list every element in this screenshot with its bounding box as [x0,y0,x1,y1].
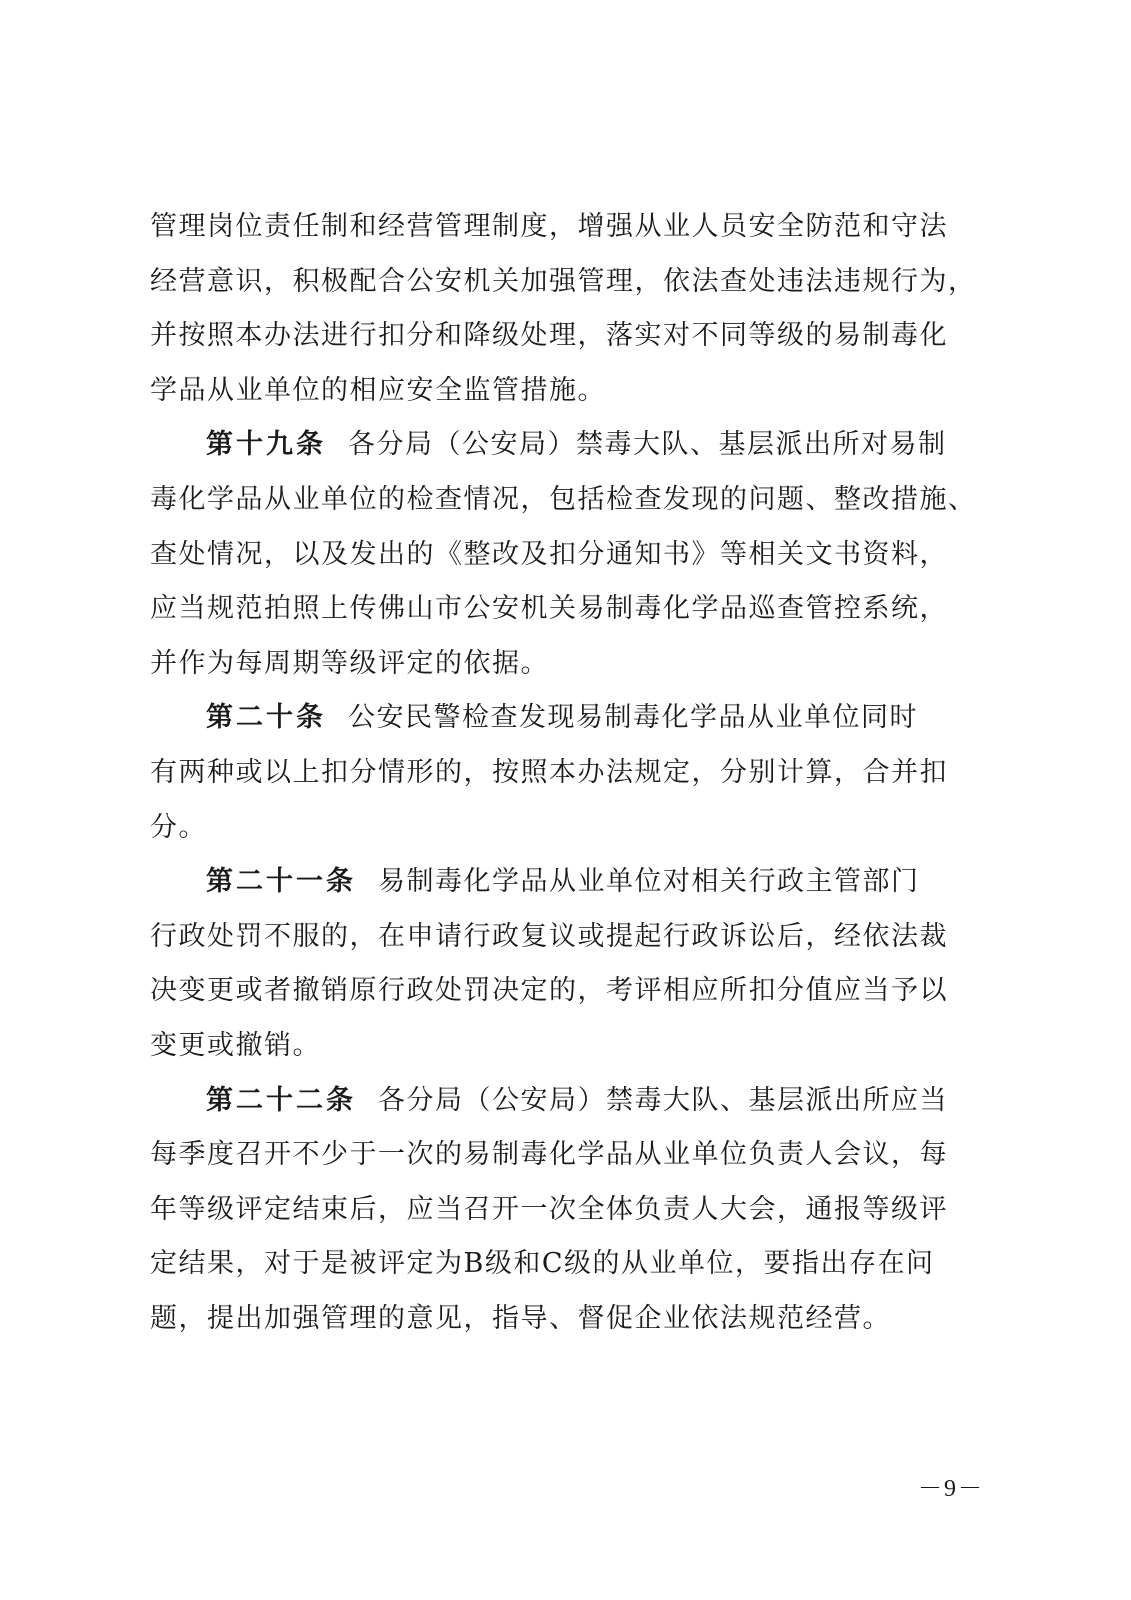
text-line: 经营意识，积极配合公安机关加强管理，依法查处违法违规行为， [150,255,970,310]
text-line: 并按照本办法进行扣分和降级处理，落实对不同等级的易制毒化 [150,309,970,364]
text-line: 查处情况，以及发出的《整改及扣分通知书》等相关文书资料， [150,528,970,583]
document-body: 管理岗位责任制和经营管理制度，增强从业人员安全防范和守法 经营意识，积极配合公安… [150,200,970,1346]
article-heading: 第二十条 [206,702,326,733]
article-text: 各分局（公安局）禁毒大队、基层派出所应当 [378,1085,948,1116]
text-line: 学品从业单位的相应安全监管措施。 [150,364,970,419]
text-line: 应当规范拍照上传佛山市公安机关易制毒化学品巡查管控系统， [150,582,970,637]
text-line: 变更或撤销。 [150,1019,970,1074]
text-line: 每季度召开不少于一次的易制毒化学品从业单位负责人会议，每 [150,1128,970,1183]
article-text: 易制毒化学品从业单位对相关行政主管部门 [378,866,920,897]
text-line: 决变更或者撤销原行政处罚决定的，考评相应所扣分值应当予以 [150,964,970,1019]
article-20: 第二十条公安民警检查发现易制毒化学品从业单位同时 有两种或以上扣分情形的，按照本… [150,691,970,855]
article-heading: 第二十二条 [206,1085,356,1116]
text-line: 分。 [150,801,970,856]
page-number: －9－ [918,1468,984,1503]
text-line: 管理岗位责任制和经营管理制度，增强从业人员安全防范和守法 [150,200,970,255]
article-21: 第二十一条易制毒化学品从业单位对相关行政主管部门 行政处罚不服的，在申请行政复议… [150,855,970,1073]
text-line: 并作为每周期等级评定的依据。 [150,637,970,692]
text-line: 题，提出加强管理的意见，指导、督促企业依法规范经营。 [150,1292,970,1347]
paragraph-continuation: 管理岗位责任制和经营管理制度，增强从业人员安全防范和守法 经营意识，积极配合公安… [150,200,970,418]
text-line: 定结果，对于是被评定为B级和C级的从业单位，要指出存在问 [150,1237,970,1292]
text-line: 第二十二条各分局（公安局）禁毒大队、基层派出所应当 [150,1074,970,1129]
text-line: 毒化学品从业单位的检查情况，包括检查发现的问题、整改措施、 [150,473,970,528]
text-line: 行政处罚不服的，在申请行政复议或提起行政诉讼后，经依法裁 [150,910,970,965]
text-line: 第二十一条易制毒化学品从业单位对相关行政主管部门 [150,855,970,910]
article-heading: 第十九条 [206,429,326,460]
text-line: 第二十条公安民警检查发现易制毒化学品从业单位同时 [150,691,970,746]
text-line: 有两种或以上扣分情形的，按照本办法规定，分别计算，合并扣 [150,746,970,801]
article-heading: 第二十一条 [206,866,356,897]
article-text: 公安民警检查发现易制毒化学品从业单位同时 [348,702,918,733]
text-line: 年等级评定结束后，应当召开一次全体负责人大会，通报等级评 [150,1183,970,1238]
article-text: 各分局（公安局）禁毒大队、基层派出所对易制 [348,429,947,460]
article-22: 第二十二条各分局（公安局）禁毒大队、基层派出所应当 每季度召开不少于一次的易制毒… [150,1074,970,1347]
text-line: 第十九条各分局（公安局）禁毒大队、基层派出所对易制 [150,418,970,473]
article-19: 第十九条各分局（公安局）禁毒大队、基层派出所对易制 毒化学品从业单位的检查情况，… [150,418,970,691]
